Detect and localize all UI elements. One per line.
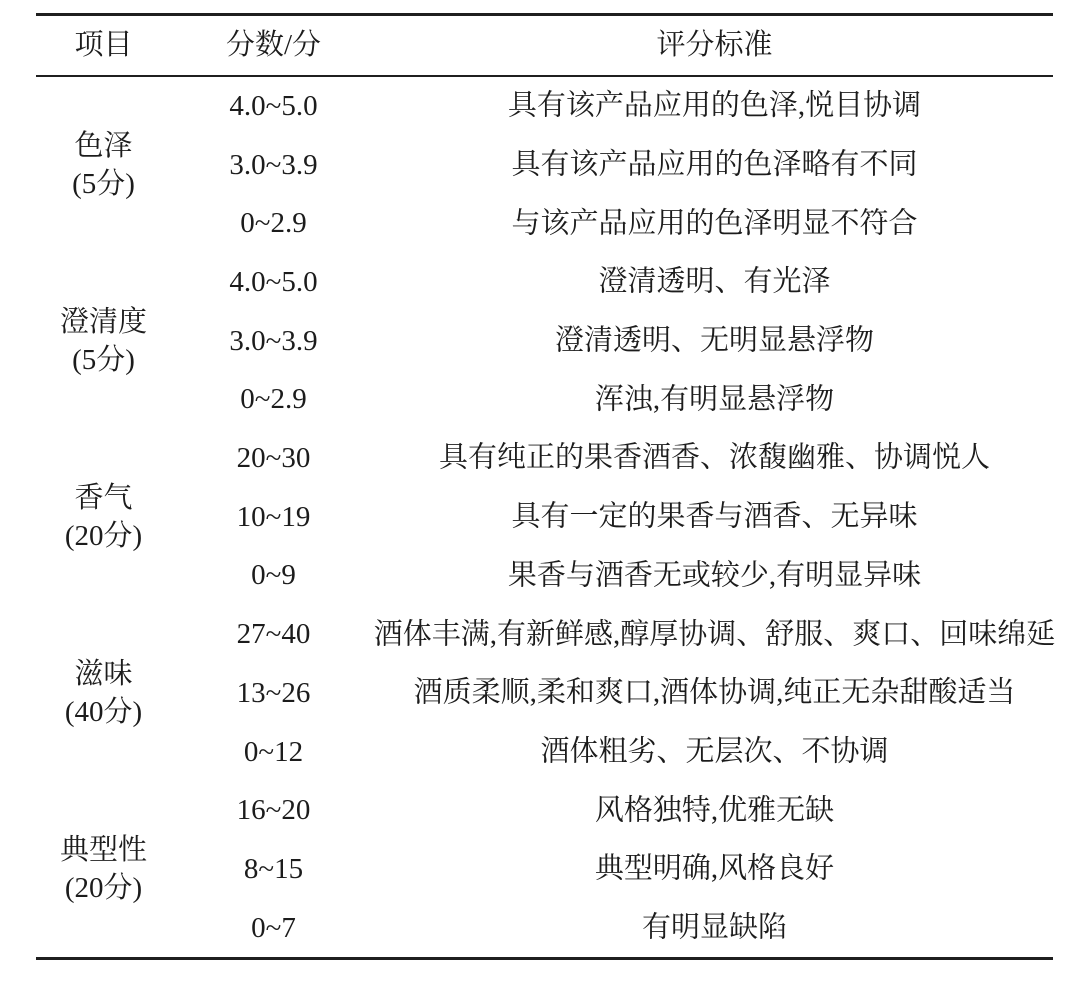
table-row: 滋味 (40分) 27~40 酒体丰满,有新鲜感,醇厚协调、舒服、爽口、回味绵延 (36, 605, 1053, 664)
criteria-cell: 典型明确,风格良好 (376, 840, 1053, 899)
criteria-cell: 澄清透明、无明显悬浮物 (376, 312, 1053, 371)
criteria-text: 澄清透明、无明显悬浮物 (555, 324, 874, 359)
score-cell: 0~2.9 (171, 194, 376, 253)
criteria-cell: 浑浊,有明显悬浮物 (376, 370, 1053, 429)
table-row: 0~2.9 浑浊,有明显悬浮物 (36, 370, 1053, 429)
criteria-text: 有明显缺陷 (642, 911, 787, 946)
score-cell: 10~19 (171, 488, 376, 547)
item-name: 典型性 (36, 831, 171, 869)
item-cell-aroma: 香气 (20分) (36, 429, 171, 605)
table-row: 3.0~3.9 具有该产品应用的色泽略有不同 (36, 136, 1053, 195)
score-cell: 4.0~5.0 (171, 76, 376, 136)
header-item: 项目 (36, 15, 171, 77)
scanned-table-page: 项目 分数/分 评分标准 色泽 (5分) 4.0~5.0 具有该产品应用的色泽,… (0, 0, 1079, 985)
criteria-text: 酒质柔顺,柔和爽口,酒体协调,纯正无杂甜酸适当 (414, 676, 1016, 711)
item-cell-taste: 滋味 (40分) (36, 605, 171, 781)
header-score: 分数/分 (171, 15, 376, 77)
table-row: 10~19 具有一定的果香与酒香、无异味 (36, 488, 1053, 547)
table-row: 香气 (20分) 20~30 具有纯正的果香酒香、浓馥幽雅、协调悦人 (36, 429, 1053, 488)
item-cell-color: 色泽 (5分) (36, 76, 171, 253)
criteria-cell: 与该产品应用的色泽明显不符合 (376, 194, 1053, 253)
criteria-cell: 具有该产品应用的色泽,悦目协调 (376, 76, 1053, 136)
score-cell: 0~12 (171, 723, 376, 782)
score-cell: 0~7 (171, 899, 376, 959)
table-row: 0~9 果香与酒香无或较少,有明显异味 (36, 547, 1053, 606)
table-row: 13~26 酒质柔顺,柔和爽口,酒体协调,纯正无杂甜酸适当 (36, 664, 1053, 723)
criteria-text: 具有一定的果香与酒香、无异味 (511, 500, 917, 535)
score-cell: 13~26 (171, 664, 376, 723)
item-points: (5分) (36, 165, 171, 203)
score-cell: 27~40 (171, 605, 376, 664)
item-points: (20分) (36, 869, 171, 907)
item-points: (40分) (36, 693, 171, 731)
criteria-text: 具有该产品应用的色泽,悦目协调 (508, 89, 921, 124)
criteria-text: 与该产品应用的色泽明显不符合 (511, 206, 917, 241)
table-row: 0~12 酒体粗劣、无层次、不协调 (36, 723, 1053, 782)
item-name: 香气 (36, 479, 171, 517)
table-row: 典型性 (20分) 16~20 风格独特,优雅无缺 (36, 781, 1053, 840)
table-row: 3.0~3.9 澄清透明、无明显悬浮物 (36, 312, 1053, 371)
criteria-cell: 酒体粗劣、无层次、不协调 (376, 723, 1053, 782)
score-cell: 0~2.9 (171, 370, 376, 429)
table-row: 0~2.9 与该产品应用的色泽明显不符合 (36, 194, 1053, 253)
header-criteria: 评分标准 (376, 15, 1053, 77)
criteria-cell: 有明显缺陷 (376, 899, 1053, 959)
criteria-text: 风格独特,优雅无缺 (595, 793, 834, 828)
criteria-text: 浑浊,有明显悬浮物 (595, 382, 834, 417)
score-cell: 20~30 (171, 429, 376, 488)
score-cell: 8~15 (171, 840, 376, 899)
table-row: 色泽 (5分) 4.0~5.0 具有该产品应用的色泽,悦目协调 (36, 76, 1053, 136)
criteria-cell: 具有该产品应用的色泽略有不同 (376, 136, 1053, 195)
criteria-text: 具有该产品应用的色泽略有不同 (511, 148, 917, 183)
table-row: 0~7 有明显缺陷 (36, 899, 1053, 959)
item-cell-clarity: 澄清度 (5分) (36, 253, 171, 429)
score-cell: 3.0~3.9 (171, 136, 376, 195)
criteria-text: 果香与酒香无或较少,有明显异味 (508, 558, 921, 593)
score-cell: 0~9 (171, 547, 376, 606)
score-cell: 16~20 (171, 781, 376, 840)
criteria-text: 具有纯正的果香酒香、浓馥幽雅、协调悦人 (439, 441, 990, 476)
table-row: 澄清度 (5分) 4.0~5.0 澄清透明、有光泽 (36, 253, 1053, 312)
item-points: (20分) (36, 517, 171, 555)
item-points: (5分) (36, 341, 171, 379)
item-name: 滋味 (36, 655, 171, 693)
table-row: 8~15 典型明确,风格良好 (36, 840, 1053, 899)
score-criteria-table: 项目 分数/分 评分标准 色泽 (5分) 4.0~5.0 具有该产品应用的色泽,… (36, 13, 1053, 960)
header-row: 项目 分数/分 评分标准 (36, 15, 1053, 77)
criteria-cell: 酒质柔顺,柔和爽口,酒体协调,纯正无杂甜酸适当 (376, 664, 1053, 723)
criteria-text: 澄清透明、有光泽 (598, 265, 830, 300)
criteria-cell: 酒体丰满,有新鲜感,醇厚协调、舒服、爽口、回味绵延 (376, 605, 1053, 664)
score-cell: 3.0~3.9 (171, 312, 376, 371)
criteria-text: 酒体粗劣、无层次、不协调 (540, 735, 888, 770)
criteria-cell: 澄清透明、有光泽 (376, 253, 1053, 312)
criteria-cell: 具有一定的果香与酒香、无异味 (376, 488, 1053, 547)
criteria-cell: 风格独特,优雅无缺 (376, 781, 1053, 840)
criteria-cell: 具有纯正的果香酒香、浓馥幽雅、协调悦人 (376, 429, 1053, 488)
criteria-text: 典型明确,风格良好 (595, 852, 834, 887)
item-cell-typicality: 典型性 (20分) (36, 781, 171, 959)
item-name: 色泽 (36, 127, 171, 165)
criteria-text: 酒体丰满,有新鲜感,醇厚协调、舒服、爽口、回味绵延 (374, 617, 1056, 652)
score-cell: 4.0~5.0 (171, 253, 376, 312)
criteria-cell: 果香与酒香无或较少,有明显异味 (376, 547, 1053, 606)
item-name: 澄清度 (36, 303, 171, 341)
